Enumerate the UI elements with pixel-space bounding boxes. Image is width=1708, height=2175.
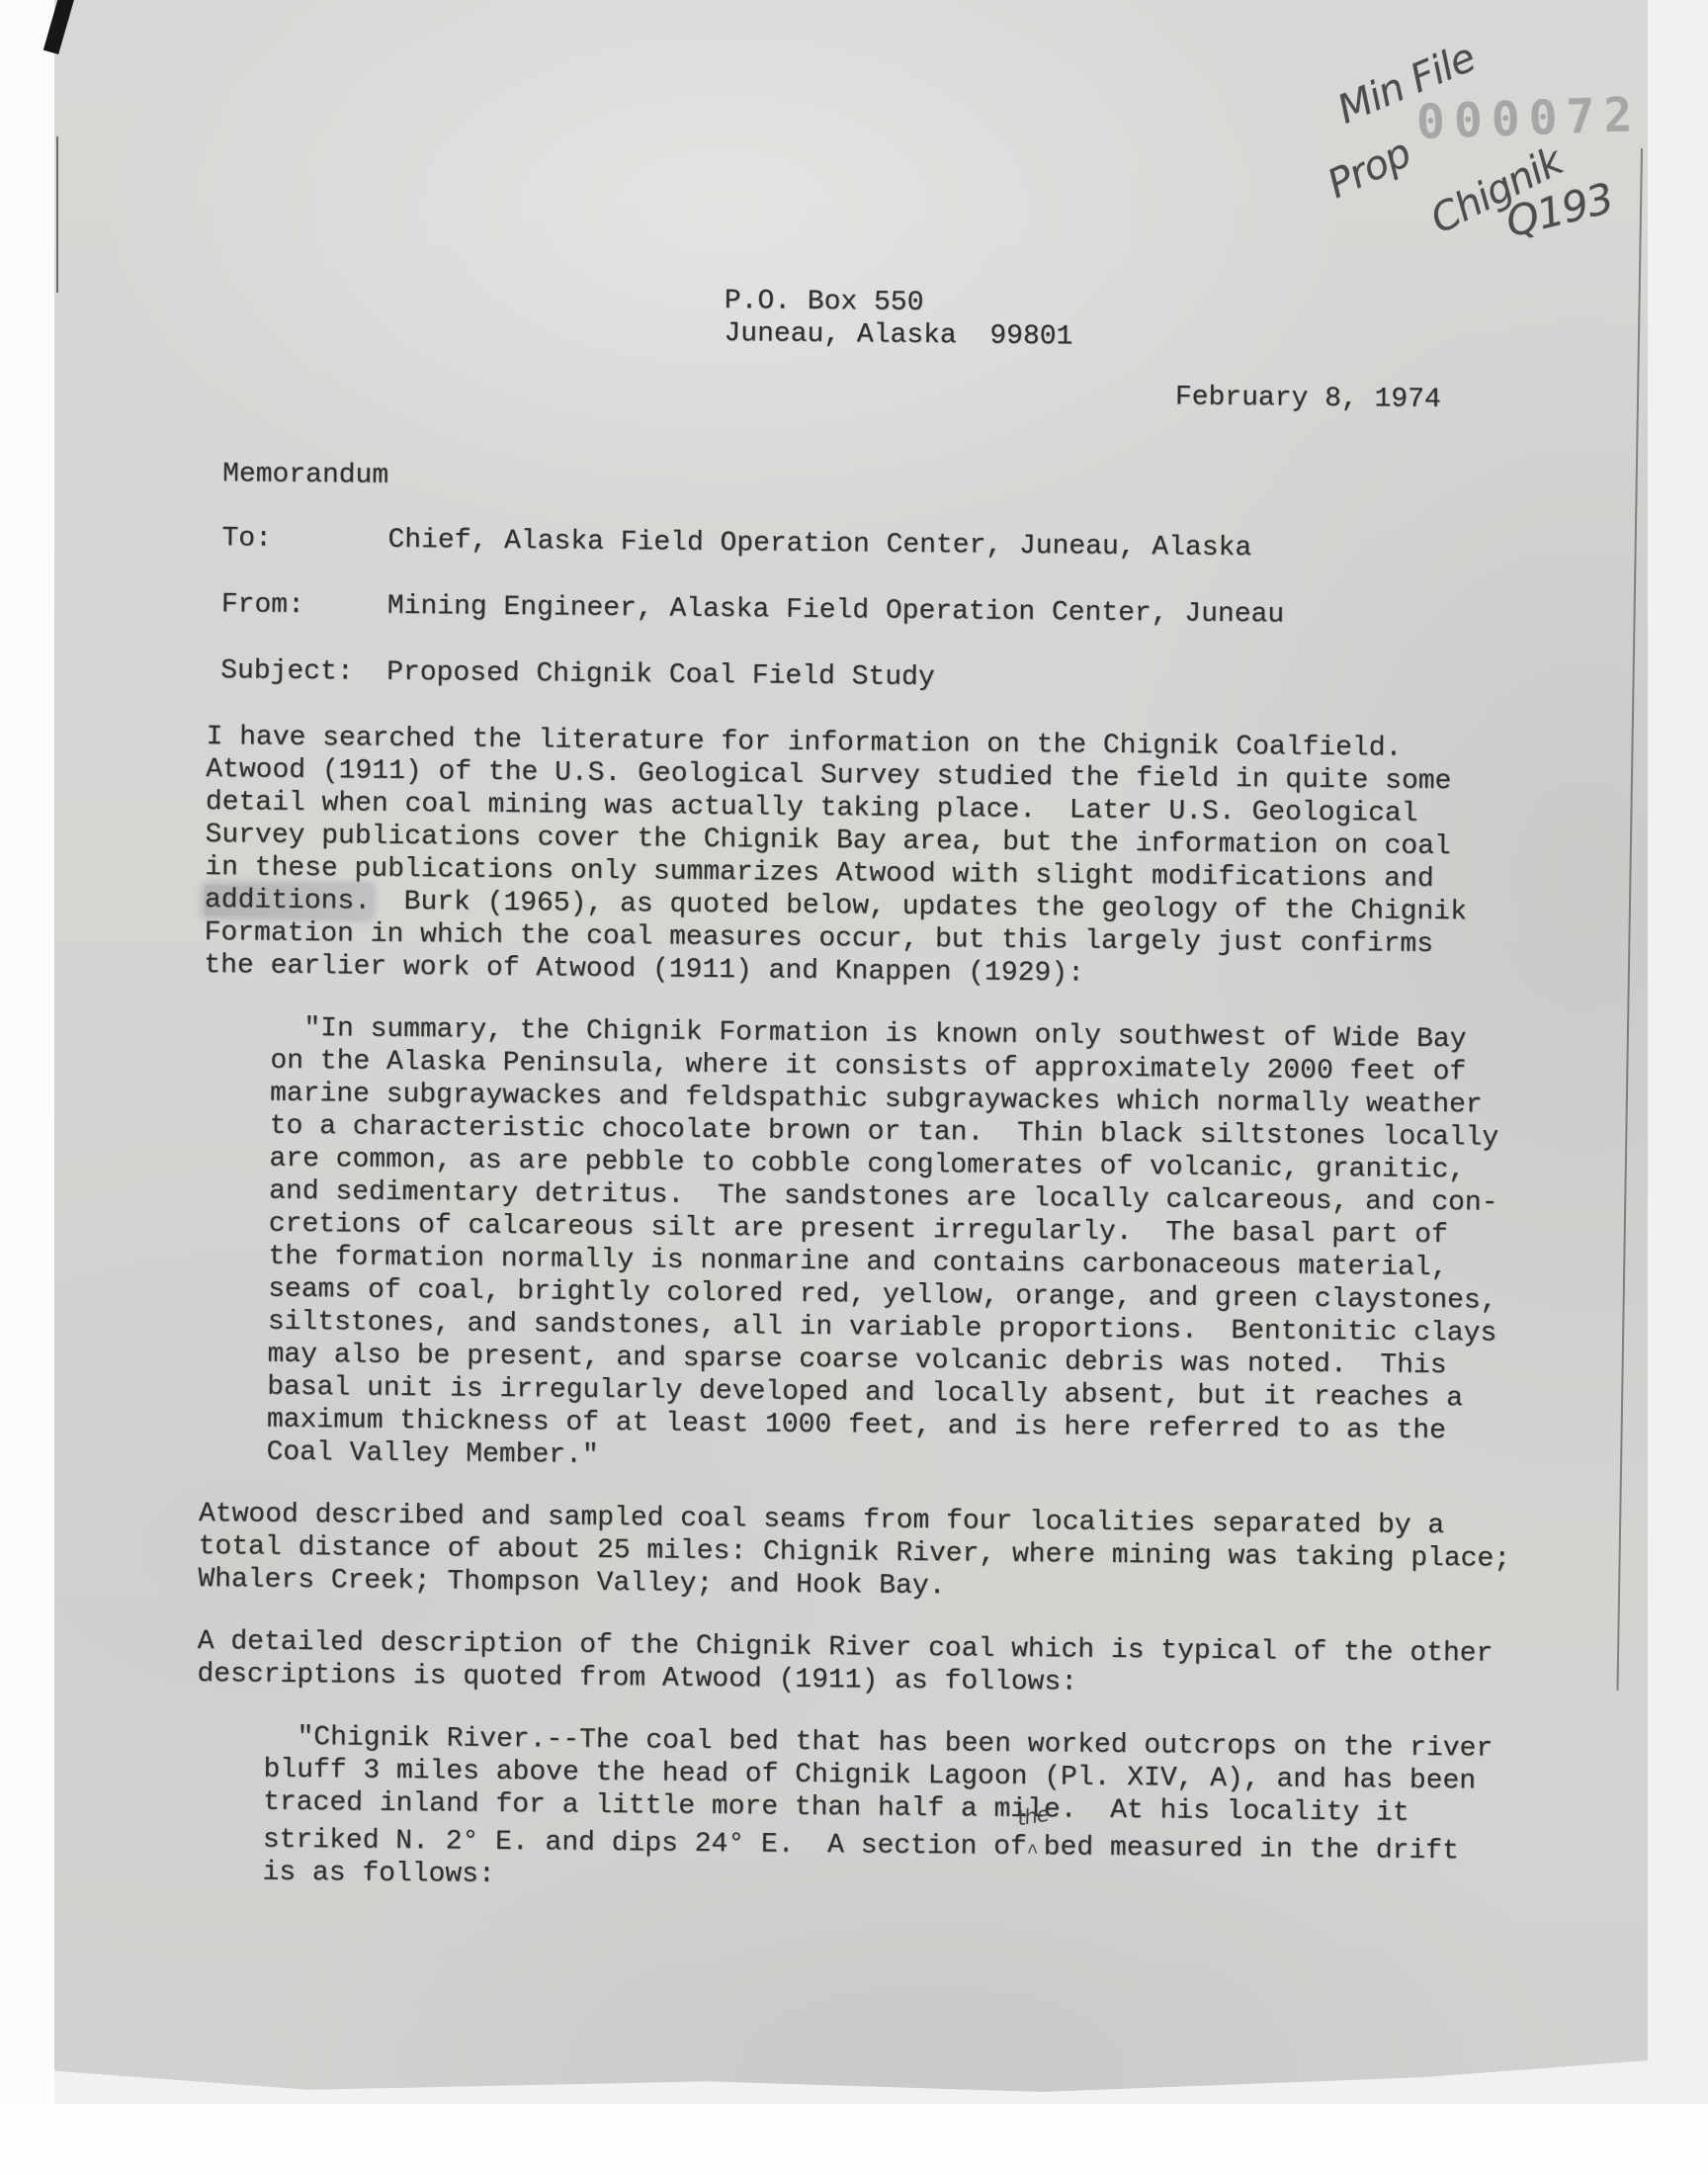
scan-bottom-margin	[0, 2104, 1708, 2175]
document-page: Min File Prop 000072 Chignik Q193 P.O. B…	[54, 0, 1648, 2094]
caret-mark: ^	[1027, 1837, 1039, 1870]
inserted-word-the: the	[1015, 1798, 1051, 1836]
paragraph-intro-text-b: Burk (1965), as quoted below, updates th…	[204, 887, 1467, 990]
address-line-2: Juneau, Alaska 99801	[724, 317, 1585, 358]
subject-value: Proposed Chignik Coal Field Study	[386, 656, 935, 694]
memo-title: Memorandum	[222, 458, 1584, 503]
return-address: P.O. Box 550 Juneau, Alaska 99801	[724, 285, 1586, 358]
subject-label: Subject:	[220, 654, 386, 689]
memo-subject-row: Subject: Proposed Chignik Coal Field Stu…	[220, 654, 1582, 700]
memo-date: February 8, 1974	[1175, 381, 1585, 417]
scan-left-margin	[0, 0, 54, 2175]
blockquote-burk-1965: "In summary, the Chignik Formation is kn…	[266, 1012, 1579, 1482]
memo-from-row: From: Mining Engineer, Alaska Field Oper…	[221, 588, 1583, 634]
typed-memo-content: P.O. Box 550 Juneau, Alaska 99801 Februa…	[187, 280, 1586, 1901]
to-label: To:	[221, 522, 387, 557]
to-value: Chief, Alaska Field Operation Center, Ju…	[387, 524, 1251, 565]
from-label: From:	[221, 588, 387, 623]
paragraph-atwood-localities: Atwood described and sampled coal seams …	[190, 1498, 1575, 1609]
memo-to-row: To: Chief, Alaska Field Operation Center…	[221, 522, 1583, 567]
number-stamp: 000072	[1415, 87, 1642, 150]
memo-header-fields: To: Chief, Alaska Field Operation Center…	[220, 522, 1584, 700]
paragraph-intro-text-a: I have searched the literature for infor…	[205, 722, 1451, 895]
paragraph-intro: I have searched the literature for infor…	[196, 721, 1581, 995]
scanned-memo-screenshot: { "annotations": { "handwritten_line1": …	[0, 0, 1708, 2175]
paragraph-detailed-description: A detailed description of the Chignik Ri…	[189, 1625, 1574, 1703]
from-value: Mining Engineer, Alaska Field Operation …	[387, 590, 1285, 632]
handwritten-insertion: the^	[1027, 1826, 1044, 1854]
blockquote-chignik-river: "Chignik River.--The coal bed that has b…	[262, 1721, 1573, 1902]
scan-left-edge-artifact	[56, 136, 58, 293]
smudged-word-additions: additions.	[205, 885, 371, 917]
handwritten-note-prop: Prop	[1321, 130, 1417, 208]
